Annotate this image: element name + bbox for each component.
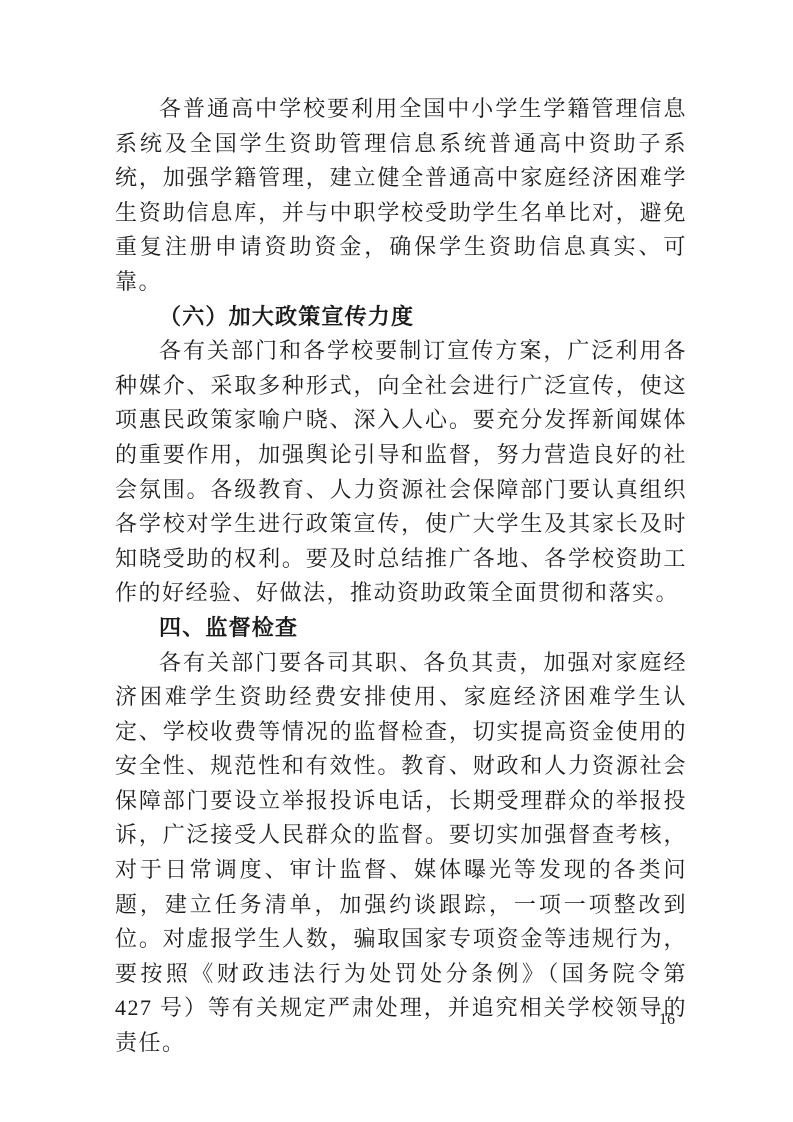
paragraph-student-info-system: 各普通高中学校要利用全国中小学生学籍管理信息系统及全国学生资助管理信息系统普通高… xyxy=(115,92,687,300)
chapter-heading-supervision: 四、监督检查 xyxy=(115,611,687,646)
document-body: 各普通高中学校要利用全国中小学生学籍管理信息系统及全国学生资助管理信息系统普通高… xyxy=(115,92,687,1061)
paragraph-supervision: 各有关部门要各司其职、各负其责，加强对家庭经济困难学生资助经费安排使用、家庭经济… xyxy=(115,646,687,1061)
section-heading-policy-promotion: （六）加大政策宣传力度 xyxy=(115,300,687,335)
paragraph-policy-promotion: 各有关部门和各学校要制订宣传方案，广泛利用各种媒介、采取多种形式，向全社会进行广… xyxy=(115,334,687,611)
page-number: 16 xyxy=(647,1010,687,1030)
document-page: 各普通高中学校要利用全国中小学生学籍管理信息系统及全国学生资助管理信息系统普通高… xyxy=(0,0,793,1122)
